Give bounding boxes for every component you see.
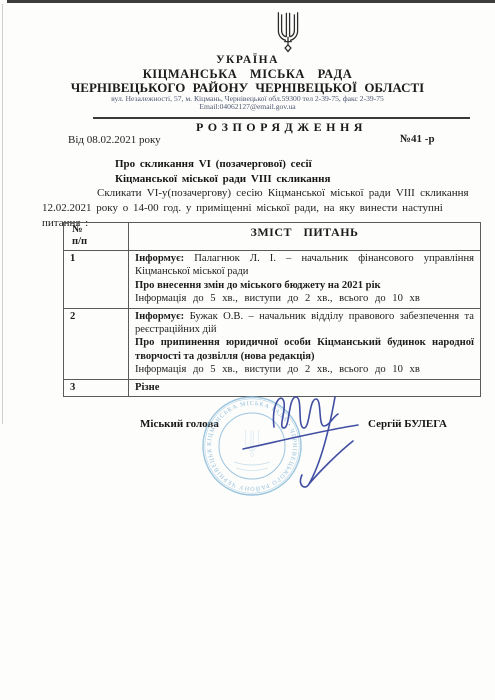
question-subject: Про припинення юридичної особи Кіцманськ… [135, 336, 474, 363]
timing-line: Інформація до 5 хв., виступи до 2 хв., в… [135, 363, 474, 376]
agenda-table-header-row: № п/п ЗМІСТ ПИТАНЬ [64, 223, 481, 251]
scanned-document-page: УКРАЇНА КІЦМАНСЬКА МІСЬКА РАДА ЧЕРНІВЕЦЬ… [0, 0, 495, 700]
subject-line-2: Кіцманської міської ради VIII скликання [115, 172, 330, 187]
document-number: №41 -р [400, 133, 435, 145]
row-number: 1 [64, 251, 129, 309]
document-subject: Про скликання VI (позачергової) сесії Кі… [115, 157, 330, 187]
informer-line: Інформує: Палагнюк Л. І. – начальник фін… [135, 252, 474, 279]
col-number-header: № п/п [64, 223, 129, 251]
row-number: 2 [64, 308, 129, 379]
scanner-edge-artifact [7, 0, 495, 3]
subject-line-1: Про скликання VI (позачергової) сесії [115, 157, 330, 172]
signature-ink [170, 383, 470, 501]
question-subject: Про внесення змін до міського бюджету на… [135, 279, 474, 292]
table-row: 2 Інформує: Бужак О.В. – начальник відді… [64, 308, 481, 379]
row-number: 3 [64, 379, 129, 396]
row-content: Інформує: Палагнюк Л. І. – начальник фін… [129, 251, 481, 309]
document-date: Від 08.02.2021 року [68, 134, 161, 146]
tryzub-emblem-icon [272, 9, 304, 55]
letterhead-email: Email:04062127@email.gov.ua [0, 102, 495, 111]
informer-line: Інформує: Бужак О.В. – начальник відділу… [135, 310, 474, 337]
body-line-1: Скликати VI-у(позачергову) сесію Кіцманс… [42, 186, 470, 201]
header-divider-line [93, 117, 470, 119]
table-row: 1 Інформує: Палагнюк Л. І. – начальник ф… [64, 251, 481, 309]
timing-line: Інформація до 5 хв., виступи до 2 хв., в… [135, 292, 474, 305]
col-content-header: ЗМІСТ ПИТАНЬ [129, 223, 481, 251]
row-content: Інформує: Бужак О.В. – начальник відділу… [129, 308, 481, 379]
agenda-table: № п/п ЗМІСТ ПИТАНЬ 1 Інформує: Палагнюк … [63, 222, 481, 397]
letterhead-country: УКРАЇНА [0, 54, 495, 66]
